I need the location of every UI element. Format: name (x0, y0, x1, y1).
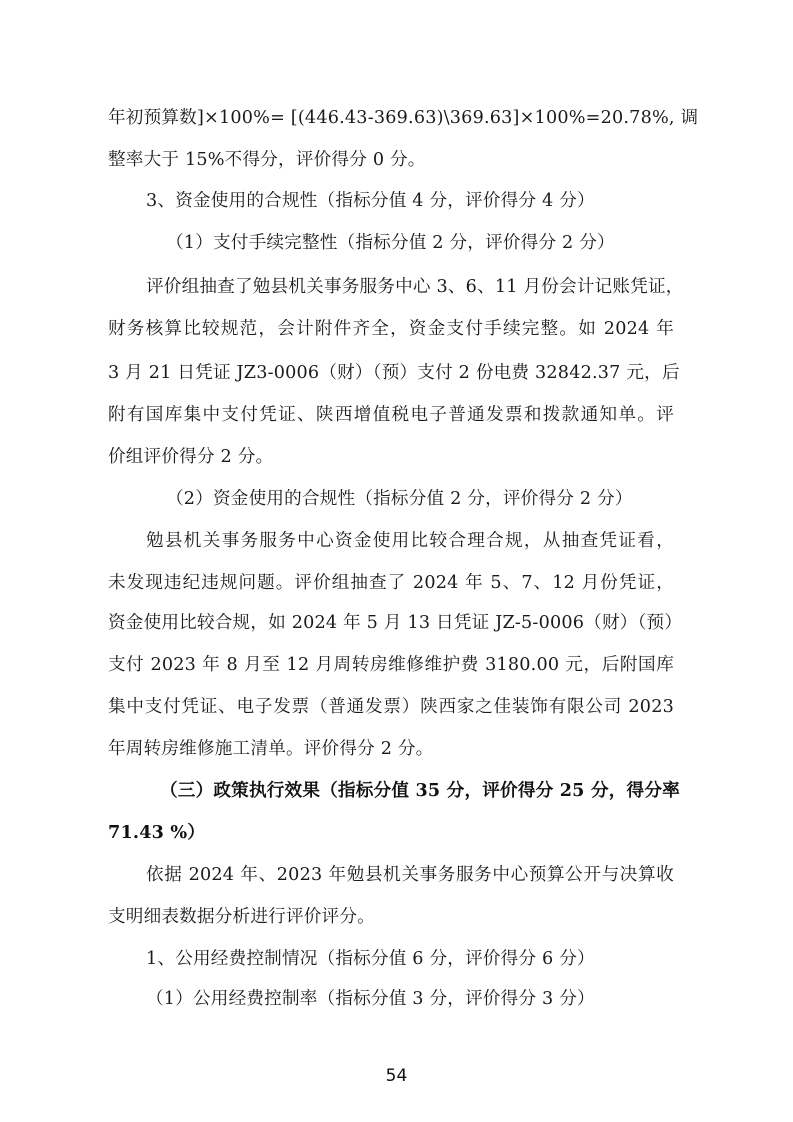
section-heading-score-rate: 71.43 %） (108, 821, 674, 845)
paragraph-line: 价组评价得分 2 分。 (108, 445, 674, 469)
paragraph-line: 支付 2023 年 8 月至 12 月周转房维修维护费 3180.00 元，后附… (108, 653, 674, 677)
paragraph-line: 支明细表数据分析进行评价评分。 (108, 905, 674, 929)
paragraph-line: 整率大于 15%不得分，评价得分 0 分。 (108, 148, 674, 172)
subsection-heading-2: （2）资金使用的合规性（指标分值 2 分，评价得分 2 分） (166, 487, 674, 511)
subsection-heading-1: （1）支付手续完整性（指标分值 2 分，评价得分 2 分） (166, 231, 674, 255)
document-page: 年初预算数]×100%= [(446.43-369.63)\369.63]×10… (0, 0, 793, 1122)
paragraph-line: 评价组抽查了勉县机关事务服务中心 3、6、11 月份会计记账凭证， (146, 275, 674, 299)
indicator-heading-1: 1、公用经费控制情况（指标分值 6 分，评价得分 6 分） (146, 947, 674, 971)
paragraph-line: 年初预算数]×100%= [(446.43-369.63)\369.63]×10… (108, 106, 674, 130)
paragraph-line: 勉县机关事务服务中心资金使用比较合理合规，从抽查凭证看， (146, 529, 674, 553)
paragraph-line: 集中支付凭证、电子发票（普通发票）陕西家之佳装饰有限公司 2023 (108, 695, 674, 719)
paragraph-line: 依据 2024 年、2023 年勉县机关事务服务中心预算公开与决算收 (146, 863, 674, 887)
page-number: 54 (0, 1066, 793, 1086)
paragraph-line: 附有国库集中支付凭证、陕西增值税电子普通发票和拨款通知单。评 (108, 403, 674, 427)
paragraph-line: 财务核算比较规范，会计附件齐全，资金支付手续完整。如 2024 年 (108, 317, 674, 341)
paragraph-line: 未发现违纪违规问题。评价组抽查了 2024 年 5、7、12 月份凭证， (108, 571, 674, 595)
indicator-subheading-1: （1）公用经费控制率（指标分值 3 分，评价得分 3 分） (146, 987, 674, 1011)
paragraph-line: 资金使用比较合规，如 2024 年 5 月 13 日凭证 JZ-5-0006（财… (108, 611, 674, 635)
section-heading-3: 3、资金使用的合规性（指标分值 4 分，评价得分 4 分） (146, 189, 674, 213)
section-heading-3-policy-effect: （三）政策执行效果（指标分值 35 分，评价得分 25 分，得分率 (160, 779, 674, 803)
paragraph-line: 3 月 21 日凭证 JZ3-0006（财）（预）支付 2 份电费 32842.… (108, 361, 674, 385)
paragraph-line: 年周转房维修施工清单。评价得分 2 分。 (108, 737, 674, 761)
